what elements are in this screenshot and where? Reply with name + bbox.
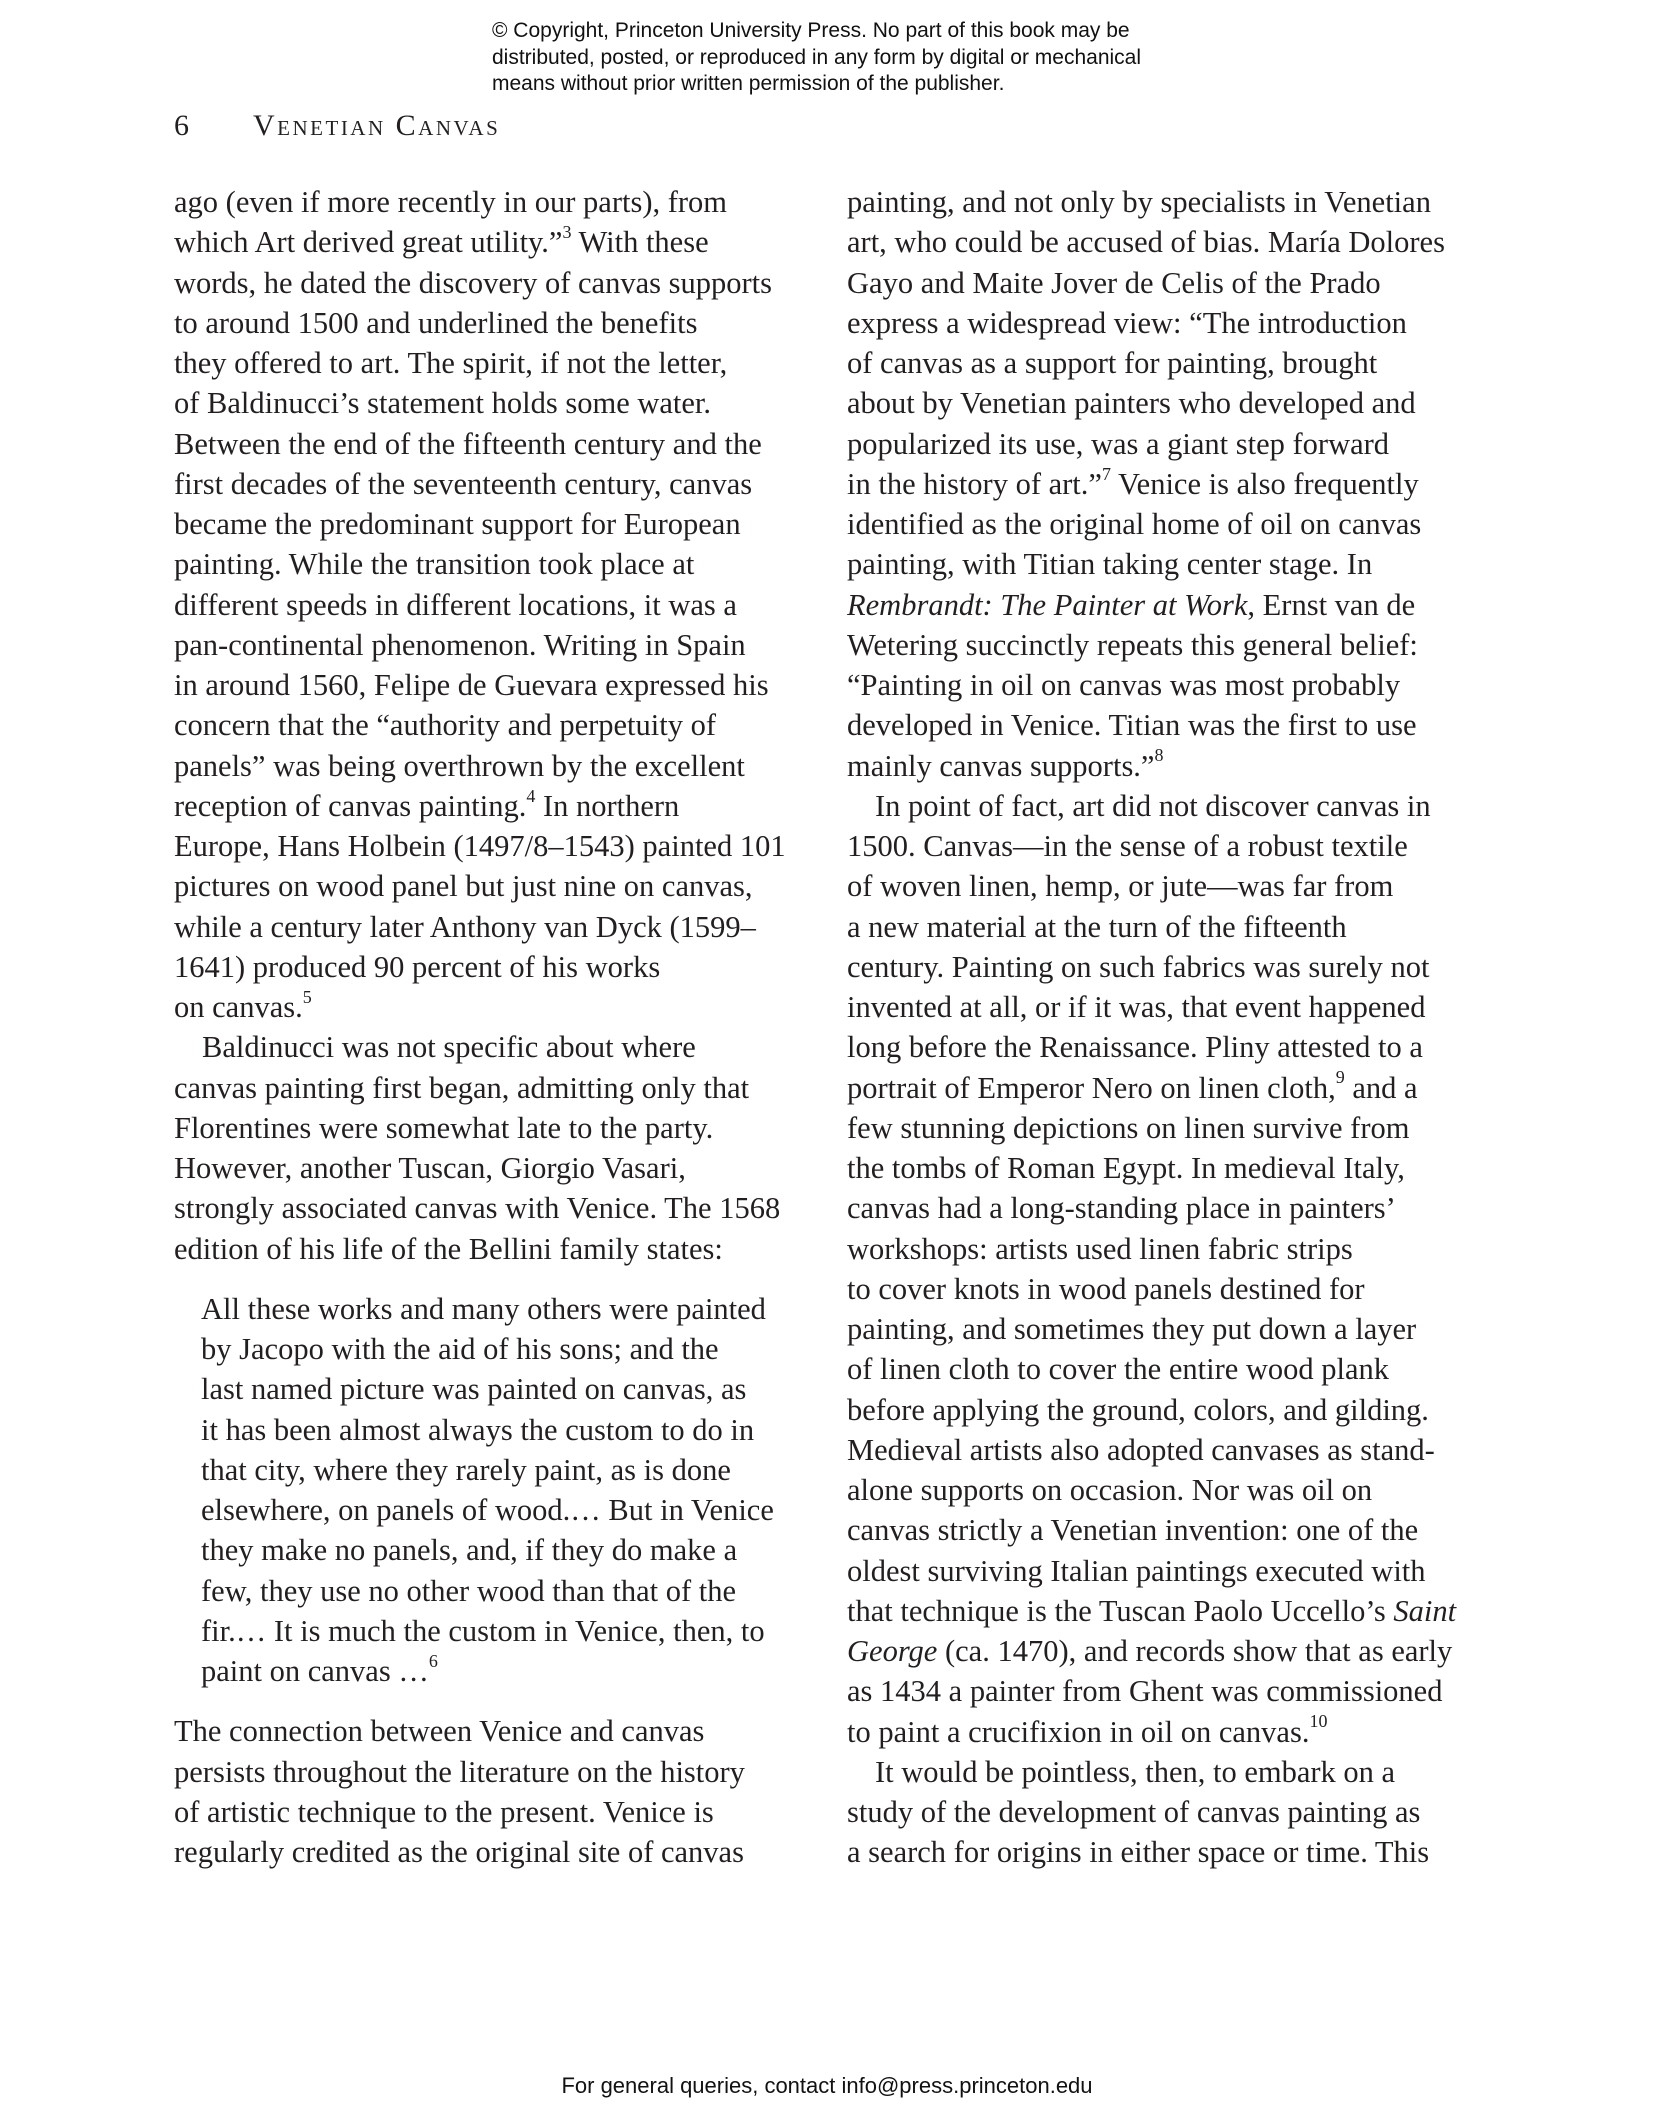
- footnote-ref[interactable]: 8: [1154, 745, 1163, 765]
- text-line: of canvas as a support for painting, bro…: [847, 343, 1487, 383]
- quote-line: last named picture was painted on canvas…: [201, 1369, 799, 1409]
- paragraph: ago (even if more recently in our parts)…: [174, 182, 799, 1027]
- text-line: painting, and not only by specialists in…: [847, 182, 1487, 222]
- text-line: popularized its use, was a giant step fo…: [847, 424, 1487, 464]
- text-line: oldest surviving Italian paintings execu…: [847, 1551, 1487, 1591]
- text-span: reception of canvas painting.: [174, 789, 526, 823]
- text-line: to around 1500 and underlined the benefi…: [174, 303, 799, 343]
- text-line: the tombs of Roman Egypt. In medieval It…: [847, 1148, 1487, 1188]
- text-span: portrait of Emperor Nero on linen cloth,: [847, 1071, 1336, 1105]
- copyright-line: distributed, posted, or reproduced in an…: [492, 45, 1252, 72]
- copyright-line: means without prior written permission o…: [492, 71, 1252, 98]
- left-column: ago (even if more recently in our parts)…: [174, 182, 799, 1872]
- text-line: regularly credited as the original site …: [174, 1832, 799, 1872]
- text-line: first decades of the seventeenth century…: [174, 464, 799, 504]
- text-line: pan-continental phenomenon. Writing in S…: [174, 625, 799, 665]
- book-page: © Copyright, Princeton University Press.…: [0, 0, 1654, 2126]
- footnote-ref[interactable]: 5: [303, 987, 312, 1007]
- text-line: in the history of art.”7 Venice is also …: [847, 464, 1487, 504]
- text-line: invented at all, or if it was, that even…: [847, 987, 1487, 1027]
- text-line: However, another Tuscan, Giorgio Vasari,: [174, 1148, 799, 1188]
- text-line: workshops: artists used linen fabric str…: [847, 1229, 1487, 1269]
- text-line: It would be pointless, then, to embark o…: [847, 1752, 1487, 1792]
- text-line: concern that the “authority and perpetui…: [174, 705, 799, 745]
- quote-line: it has been almost always the custom to …: [201, 1410, 799, 1450]
- text-line: Wetering succinctly repeats this general…: [847, 625, 1487, 665]
- footnote-ref[interactable]: 9: [1336, 1067, 1345, 1087]
- text-line: painting. While the transition took plac…: [174, 544, 799, 584]
- paragraph: painting, and not only by specialists in…: [847, 182, 1487, 786]
- text-line: they offered to art. The spirit, if not …: [174, 343, 799, 383]
- text-line: of linen cloth to cover the entire wood …: [847, 1349, 1487, 1389]
- text-line: study of the development of canvas paint…: [847, 1792, 1487, 1832]
- footnote-ref[interactable]: 7: [1102, 464, 1111, 484]
- quote-line: they make no panels, and, if they do mak…: [201, 1530, 799, 1570]
- text-line: as 1434 a painter from Ghent was commiss…: [847, 1671, 1487, 1711]
- text-line: “Painting in oil on canvas was most prob…: [847, 665, 1487, 705]
- text-line: canvas had a long-standing place in pain…: [847, 1188, 1487, 1228]
- text-line: developed in Venice. Titian was the firs…: [847, 705, 1487, 745]
- text-line: edition of his life of the Bellini famil…: [174, 1229, 799, 1269]
- text-line: canvas painting first began, admitting o…: [174, 1068, 799, 1108]
- text-line: persists throughout the literature on th…: [174, 1752, 799, 1792]
- text-line: strongly associated canvas with Venice. …: [174, 1188, 799, 1228]
- text-line: which Art derived great utility.”3 With …: [174, 222, 799, 262]
- text-line: 1500. Canvas—in the sense of a robust te…: [847, 826, 1487, 866]
- quote-line: by Jacopo with the aid of his sons; and …: [201, 1329, 799, 1369]
- contact-footer: For general queries, contact info@press.…: [0, 2072, 1654, 2100]
- paragraph: In point of fact, art did not discover c…: [847, 786, 1487, 1752]
- text-line: of artistic technique to the present. Ve…: [174, 1792, 799, 1832]
- text-line: of Baldinucci’s statement holds some wat…: [174, 383, 799, 423]
- text-line: became the predominant support for Europ…: [174, 504, 799, 544]
- text-line: on canvas.5: [174, 987, 799, 1027]
- paragraph: Baldinucci was not specific about where …: [174, 1027, 799, 1269]
- text-line: identified as the original home of oil o…: [847, 504, 1487, 544]
- text-span: , Ernst van de: [1247, 588, 1415, 622]
- text-line: to paint a crucifixion in oil on canvas.…: [847, 1712, 1487, 1752]
- text-span: (ca. 1470), and records show that as ear…: [937, 1634, 1452, 1668]
- text-line: a new material at the turn of the fiftee…: [847, 907, 1487, 947]
- text-line: century. Painting on such fabrics was su…: [847, 947, 1487, 987]
- page-number: 6: [174, 108, 189, 144]
- text-span: and a: [1345, 1071, 1418, 1105]
- text-line: Rembrandt: The Painter at Work, Ernst va…: [847, 585, 1487, 625]
- text-line: In point of fact, art did not discover c…: [847, 786, 1487, 826]
- text-span: paint on canvas …: [201, 1654, 429, 1688]
- text-line: mainly canvas supports.”8: [847, 746, 1487, 786]
- footnote-ref[interactable]: 4: [526, 786, 535, 806]
- text-line: art, who could be accused of bias. María…: [847, 222, 1487, 262]
- text-line: ago (even if more recently in our parts)…: [174, 182, 799, 222]
- quote-line: fir.… It is much the custom in Venice, t…: [201, 1611, 799, 1651]
- text-span: in the history of art.”: [847, 467, 1102, 501]
- paragraph: The connection between Venice and canvas…: [174, 1711, 799, 1872]
- text-line: 1641) produced 90 percent of his works: [174, 947, 799, 987]
- book-title-italic: Rembrandt: The Painter at Work: [847, 588, 1247, 622]
- text-line: before applying the ground, colors, and …: [847, 1390, 1487, 1430]
- book-title: Venetian Canvas: [253, 108, 500, 144]
- copyright-line: © Copyright, Princeton University Press.…: [492, 18, 1252, 45]
- text-line: Between the end of the fifteenth century…: [174, 424, 799, 464]
- paragraph: It would be pointless, then, to embark o…: [847, 1752, 1487, 1873]
- text-span: which Art derived great utility.”: [174, 225, 562, 259]
- text-line: The connection between Venice and canvas: [174, 1711, 799, 1751]
- text-line: in around 1560, Felipe de Guevara expres…: [174, 665, 799, 705]
- text-line: painting, with Titian taking center stag…: [847, 544, 1487, 584]
- text-line: Baldinucci was not specific about where: [174, 1027, 799, 1067]
- text-line: few stunning depictions on linen survive…: [847, 1108, 1487, 1148]
- footnote-ref[interactable]: 3: [562, 222, 571, 242]
- text-line: pictures on wood panel but just nine on …: [174, 866, 799, 906]
- text-line: Gayo and Maite Jover de Celis of the Pra…: [847, 263, 1487, 303]
- text-line: alone supports on occasion. Nor was oil …: [847, 1470, 1487, 1510]
- quote-line: paint on canvas …6: [201, 1651, 799, 1691]
- text-span: on canvas.: [174, 990, 303, 1024]
- artwork-title-italic: George: [847, 1634, 937, 1668]
- text-line: long before the Renaissance. Pliny attes…: [847, 1027, 1487, 1067]
- footnote-ref[interactable]: 10: [1309, 1711, 1327, 1731]
- text-line: Florentines were somewhat late to the pa…: [174, 1108, 799, 1148]
- artwork-title-italic: Saint: [1393, 1594, 1456, 1628]
- block-quote: All these works and many others were pai…: [174, 1289, 799, 1692]
- text-line: while a century later Anthony van Dyck (…: [174, 907, 799, 947]
- text-line: Europe, Hans Holbein (1497/8–1543) paint…: [174, 826, 799, 866]
- text-line: George (ca. 1470), and records show that…: [847, 1631, 1487, 1671]
- text-line: to cover knots in wood panels destined f…: [847, 1269, 1487, 1309]
- text-span: to paint a crucifixion in oil on canvas.: [847, 1715, 1309, 1749]
- text-span: Venice is also frequently: [1111, 467, 1419, 501]
- text-span: In northern: [535, 789, 679, 823]
- text-line: words, he dated the discovery of canvas …: [174, 263, 799, 303]
- text-line: reception of canvas painting.4 In northe…: [174, 786, 799, 826]
- text-line: painting, and sometimes they put down a …: [847, 1309, 1487, 1349]
- quote-line: that city, where they rarely paint, as i…: [201, 1450, 799, 1490]
- text-line: panels” was being overthrown by the exce…: [174, 746, 799, 786]
- text-line: a search for origins in either space or …: [847, 1832, 1487, 1872]
- text-span: that technique is the Tuscan Paolo Uccel…: [847, 1594, 1393, 1628]
- text-span: With these: [571, 225, 708, 259]
- quote-line: elsewhere, on panels of wood.… But in Ve…: [201, 1490, 799, 1530]
- text-line: of woven linen, hemp, or jute—was far fr…: [847, 866, 1487, 906]
- text-span: mainly canvas supports.”: [847, 749, 1154, 783]
- text-line: that technique is the Tuscan Paolo Uccel…: [847, 1591, 1487, 1631]
- copyright-notice: © Copyright, Princeton University Press.…: [492, 18, 1252, 98]
- text-line: express a widespread view: “The introduc…: [847, 303, 1487, 343]
- quote-line: few, they use no other wood than that of…: [201, 1571, 799, 1611]
- quote-line: All these works and many others were pai…: [201, 1289, 799, 1329]
- text-line: different speeds in different locations,…: [174, 585, 799, 625]
- right-column: painting, and not only by specialists in…: [847, 182, 1487, 1873]
- footnote-ref[interactable]: 6: [429, 1651, 438, 1671]
- text-line: canvas strictly a Venetian invention: on…: [847, 1510, 1487, 1550]
- text-line: about by Venetian painters who developed…: [847, 383, 1487, 423]
- text-line: portrait of Emperor Nero on linen cloth,…: [847, 1068, 1487, 1108]
- text-line: Medieval artists also adopted canvases a…: [847, 1430, 1487, 1470]
